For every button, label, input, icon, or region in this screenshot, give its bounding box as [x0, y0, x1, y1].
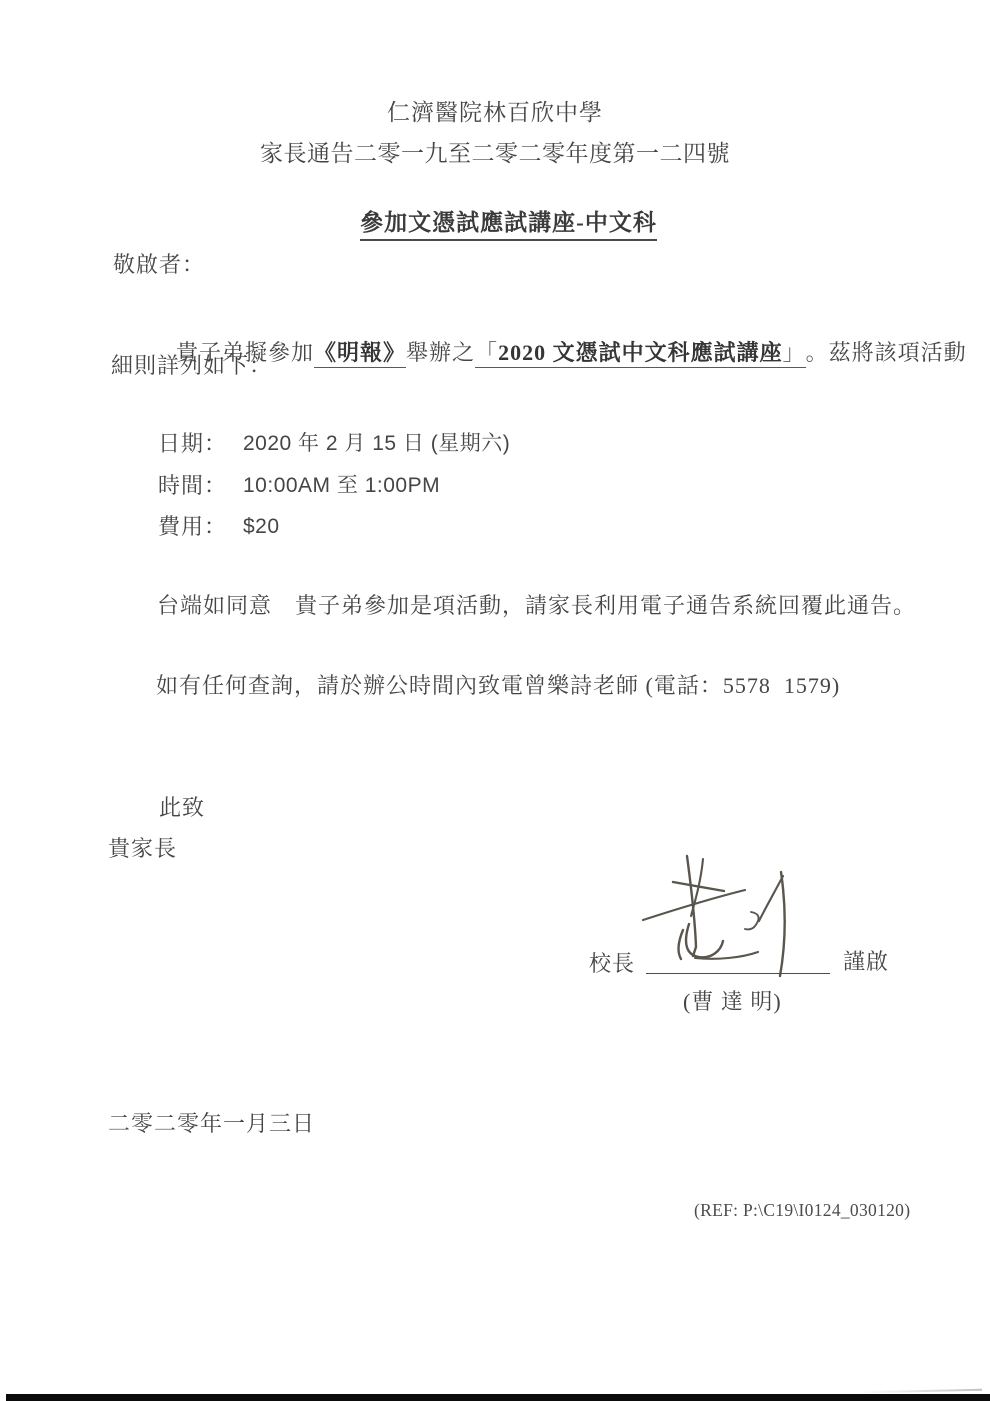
- issue-date: 二零二零年一月三日: [108, 1110, 315, 1138]
- detail-row-fee: 費用： $20: [0, 513, 990, 543]
- closing-recipient: 貴家長: [108, 835, 177, 863]
- notice-subject: 參加文憑試應試講座-中文科: [360, 209, 657, 241]
- notice-number: 家長通告二零一九至二零二零年度第一二四號: [0, 140, 990, 169]
- reference-code: (REF: P:\C19\I0124_030120): [694, 1200, 910, 1221]
- time-label: 時間：: [158, 472, 227, 500]
- respectfully-label: 謹啟: [843, 948, 889, 976]
- closing-cizhi: 此致: [159, 794, 205, 822]
- date-label: 日期：: [158, 430, 227, 458]
- intro-line-2: 細則詳列如下：: [111, 352, 272, 380]
- scan-smudge-artifact: [862, 1389, 982, 1394]
- inquiry-note: 如有任何查詢，請於辦公時間內致電曾樂詩老師 (電話：5578 1579): [156, 672, 840, 700]
- intro-tail: 。茲將該項活動: [806, 340, 967, 365]
- fee-value: $20: [243, 514, 280, 540]
- close-bracket: 」: [783, 340, 806, 365]
- principal-name: (曹 達 明): [683, 988, 782, 1016]
- salutation: 敬啟者：: [113, 251, 205, 279]
- open-bracket: 「: [475, 340, 498, 365]
- date-value: 2020 年 2 月 15 日 (星期六): [243, 431, 510, 457]
- reply-note: 台端如同意 貴子弟參加是項活動，請家長利用電子通告系統回覆此通告。: [157, 592, 916, 620]
- scanned-notice-page: 仁濟醫院林百欣中學 家長通告二零一九至二零二零年度第一二四號 參加文憑試應試講座…: [0, 0, 990, 1401]
- signature-line: [646, 973, 830, 974]
- fee-label: 費用：: [158, 513, 227, 541]
- event-name-quoted: 「2020 文憑試中文科應試講座」: [475, 339, 806, 369]
- principal-label: 校長: [589, 950, 635, 978]
- intro-mid: 舉辦之: [406, 340, 475, 365]
- detail-row-time: 時間： 10:00AM 至 1:00PM: [0, 472, 990, 502]
- scan-edge-bar: [6, 1394, 990, 1401]
- organizer-name: 《明報》: [314, 339, 406, 369]
- event-name: 2020 文憑試中文科應試講座: [498, 340, 783, 365]
- school-name: 仁濟醫院林百欣中學: [0, 99, 990, 128]
- intro-line-1: 貴子弟擬參加《明報》舉辦之「2020 文憑試中文科應試講座」。茲將該項活動: [150, 311, 967, 396]
- detail-row-date: 日期： 2020 年 2 月 15 日 (星期六): [0, 430, 990, 460]
- time-value: 10:00AM 至 1:00PM: [243, 473, 440, 499]
